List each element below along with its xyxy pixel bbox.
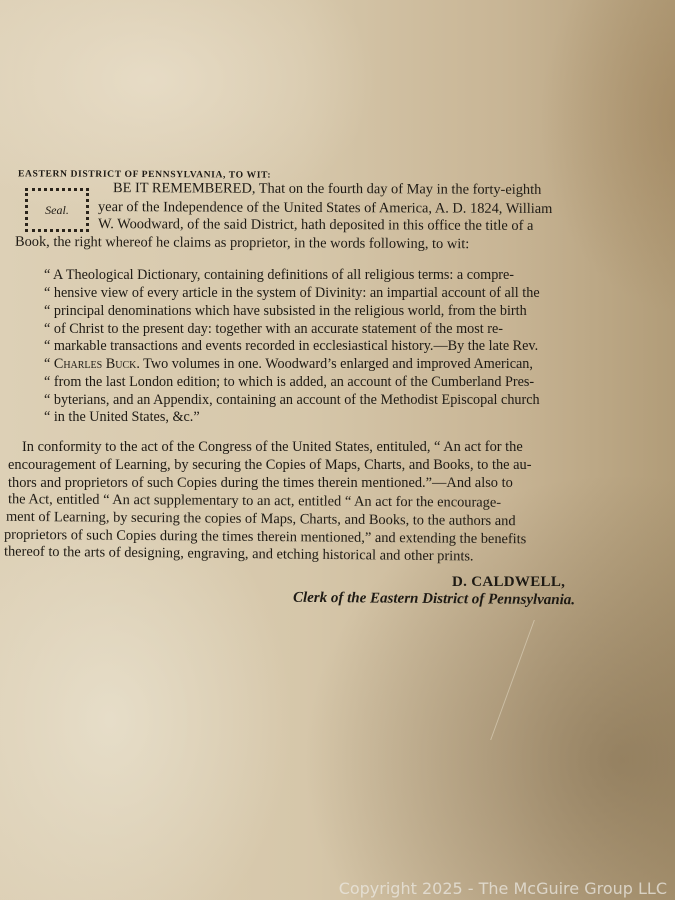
intro-line: BE IT REMEMBERED, That on the fourth day… <box>113 179 541 199</box>
quote-line: “ byterians, and an Appendix, containing… <box>44 391 540 409</box>
quote-line: “ markable transactions and events recor… <box>44 337 538 355</box>
intro-line: Book, the right whereof he claims as pro… <box>15 233 469 253</box>
quote-line: “ principal denominations which have sub… <box>44 302 527 320</box>
quote-line: “ hensive view of every article in the s… <box>44 284 540 302</box>
quote-line: “ A Theological Dictionary, containing d… <box>44 266 514 284</box>
quote-line: “ Charles Buck. Two volumes in one. Wood… <box>44 355 533 373</box>
paper-crease <box>490 620 595 740</box>
seal-label: Seal. <box>45 203 69 218</box>
copyright-watermark: Copyright 2025 - The McGuire Group LLC <box>339 879 667 898</box>
author-name: Charles Buck. <box>54 356 140 372</box>
intro-line: W. Woodward, of the said District, hath … <box>98 215 533 235</box>
conformity-line: In conformity to the act of the Congress… <box>22 438 523 456</box>
quote-line: “ in the United States, &c.” <box>44 408 200 426</box>
seal-box: Seal. <box>25 188 89 232</box>
signature-name: D. CALDWELL, <box>452 574 565 591</box>
document-page: Eastern District of Pennsylvania, to wit… <box>0 0 675 900</box>
quote-line: “ from the last London edition; to which… <box>44 373 534 391</box>
conformity-line: encouragement of Learning, by securing t… <box>8 456 532 474</box>
quote-line: “ of Christ to the present day: together… <box>44 320 503 338</box>
quote-text: Two volumes in one. Woodward’s enlarged … <box>140 356 533 372</box>
signature-title: Clerk of the Eastern District of Pennsyl… <box>293 590 575 609</box>
conformity-line: thereof to the arts of designing, engrav… <box>4 543 474 566</box>
conformity-line: thors and proprietors of such Copies dur… <box>8 474 513 492</box>
quote-mark: “ <box>44 356 54 372</box>
